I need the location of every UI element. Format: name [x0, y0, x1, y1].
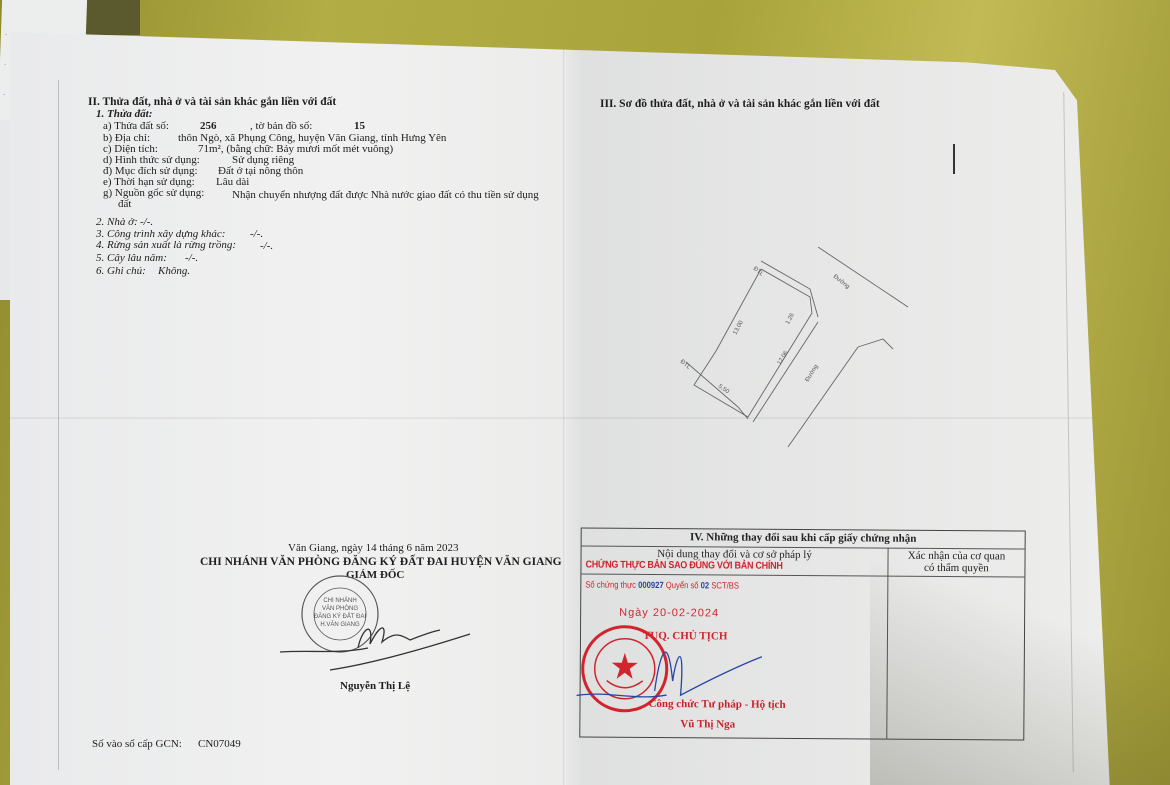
item-perennial-value: -/-.: [185, 252, 198, 264]
field-label-parcel-no: a) Thửa đất số:: [103, 120, 169, 132]
registry-number: CN07049: [198, 738, 241, 750]
svg-text:ĐTL: ĐTL: [752, 266, 765, 278]
field-value-origin: Nhận chuyển nhượng đất được Nhà nước gia…: [232, 189, 539, 201]
item-other-construction-value: -/-.: [250, 228, 263, 240]
svg-text:Đường: Đường: [805, 364, 820, 383]
field-value-area: 71m², (bằng chữ: Bảy mươi mốt mét vuông): [198, 143, 393, 155]
sub-section-parcel-title: 1. Thửa đất:: [96, 108, 152, 120]
svg-text:1.26: 1.26: [785, 312, 796, 326]
svg-text:VĂN PHÒNG: VĂN PHÒNG: [322, 605, 358, 612]
certification-date: Ngày 20-02-2024: [619, 607, 719, 620]
issuing-office: CHI NHÁNH VĂN PHÒNG ĐĂNG KÝ ĐẤT ĐAI HUYỆ…: [200, 556, 562, 568]
signing-place-date: Văn Giang, ngày 14 tháng 6 năm 2023: [288, 542, 458, 554]
item-forest-label: 4. Rừng sản xuất là rừng trồng:: [96, 239, 236, 251]
certifier-role: Công chức Tư pháp - Hộ tịch: [648, 698, 785, 711]
section-iii-title: III. Sơ đồ thửa đất, nhà ở và tài sản kh…: [600, 98, 880, 110]
copy-certification-heading: CHỨNG THỰC BẢN SAO ĐÚNG VỚI BẢN CHÍNH: [585, 559, 782, 571]
background-shadow: [85, 0, 140, 35]
svg-text:Đường: Đường: [832, 274, 851, 290]
svg-text:CHI NHÁNH: CHI NHÁNH: [323, 597, 356, 604]
land-certificate-document: II. Thửa đất, nhà ở và tài sản khác gắn …: [10, 32, 1110, 785]
certifier-name: Vũ Thị Nga: [680, 718, 735, 730]
section-ii-title: II. Thửa đất, nhà ở và tài sản khác gắn …: [88, 96, 336, 108]
item-notes-value: Không.: [158, 265, 190, 277]
item-perennial-label: 5. Cây lâu năm:: [96, 252, 167, 264]
svg-text:ĐĂNG KÝ ĐẤT ĐAI: ĐĂNG KÝ ĐẤT ĐAI: [314, 613, 367, 620]
margin-line-left: [58, 80, 59, 770]
field-value-term: Lâu dài: [216, 176, 249, 188]
field-label-map-sheet: , tờ bản đồ số:: [250, 120, 312, 132]
field-value-parcel-no: 256: [200, 120, 217, 132]
signer-name: Nguyễn Thị Lệ: [340, 680, 410, 692]
certification-number-line: Số chứng thực 000927 Quyển số 02 SCT/BS: [585, 579, 739, 590]
item-house-value: -/-.: [140, 216, 153, 228]
svg-text:13.00: 13.00: [732, 319, 745, 336]
office-seal-and-signature: CHI NHÁNH VĂN PHÒNG ĐĂNG KÝ ĐẤT ĐAI H.VĂ…: [270, 572, 480, 682]
item-forest-value: -/-.: [260, 240, 273, 252]
parcel-diagram: ĐTL ĐTL Đường Đường 1.26 13.00 12.06 5.5…: [658, 247, 928, 457]
field-value-origin-cont: đất: [118, 198, 131, 210]
field-value-map-sheet: 15: [354, 120, 365, 132]
margin-line-right: [1063, 92, 1073, 772]
svg-text:ĐTL: ĐTL: [679, 359, 692, 371]
svg-text:H.VĂN GIANG: H.VĂN GIANG: [320, 621, 360, 628]
svg-text:5.50: 5.50: [717, 384, 731, 396]
changes-table-title: IV. Những thay đổi sau khi cấp giấy chứn…: [582, 528, 1025, 549]
item-notes-label: 6. Ghi chú:: [96, 265, 146, 277]
col-header-authority-confirmation: Xác nhận của cơ quan có thẩm quyền: [888, 550, 1024, 575]
changes-table: IV. Những thay đổi sau khi cấp giấy chứn…: [579, 527, 1025, 740]
item-house-label: 2. Nhà ở:: [96, 216, 138, 228]
fold-crease-vertical: [563, 32, 566, 785]
fold-crease-horizontal: [10, 417, 1110, 419]
registry-label: Số vào sổ cấp GCN:: [92, 738, 182, 750]
tick-mark: [953, 144, 955, 174]
